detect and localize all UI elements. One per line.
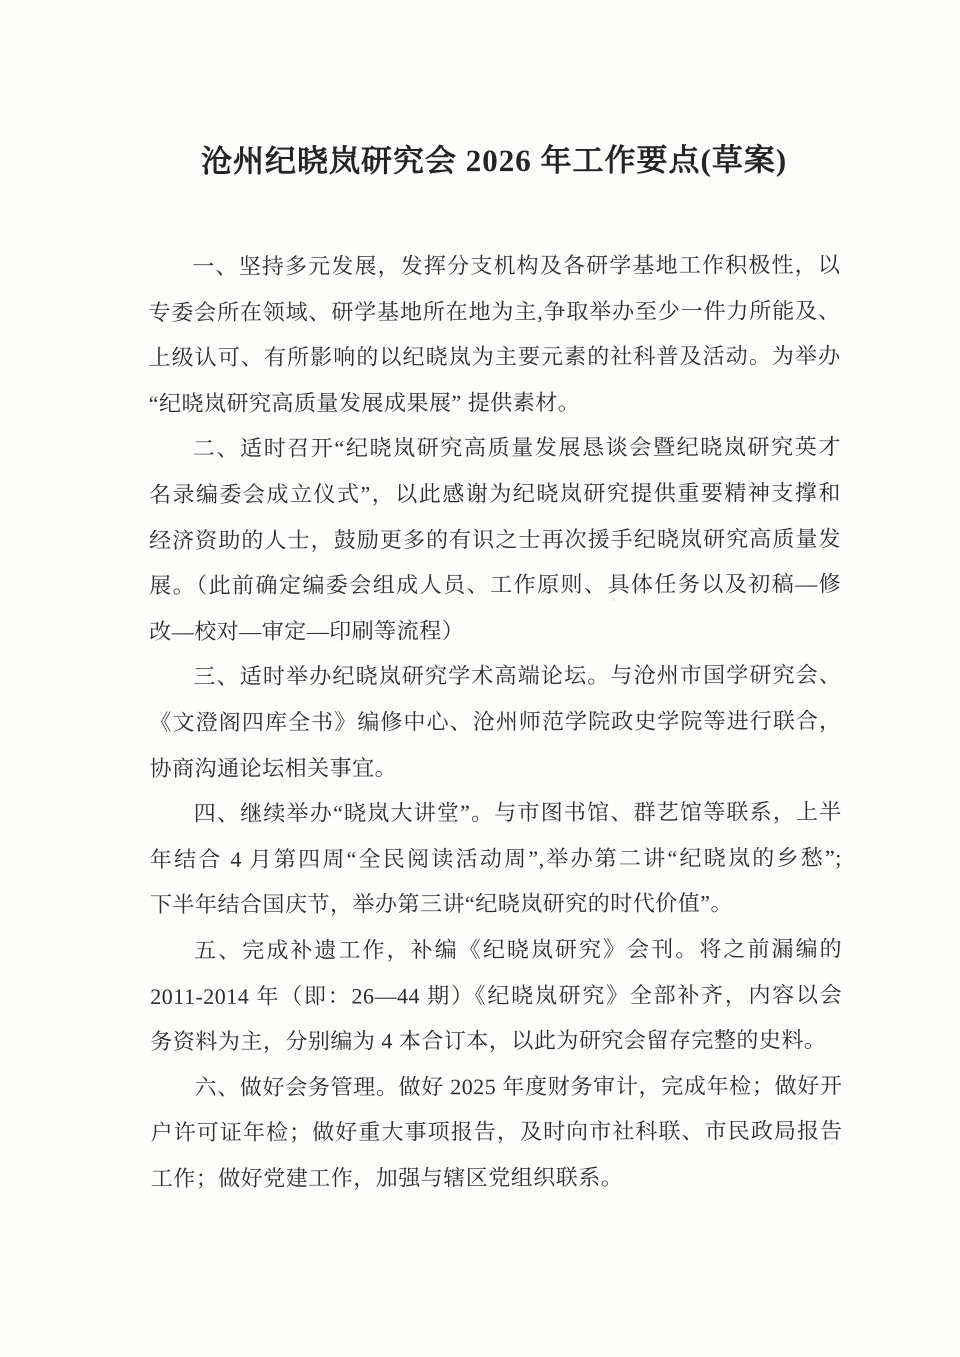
text-line: 2011-2014 年（即：26—44 期）《纪晓岚研究》全部补齐，内容以会 <box>150 972 842 1019</box>
text-line: 上级认可、有所影响的以纪晓岚为主要元素的社科普及活动。为举办 <box>149 333 841 380</box>
paragraph-2: 二、适时召开“纪晓岚研究高质量发展恳谈会暨纪晓岚研究英才名录编委会成立仪式”，以… <box>149 425 842 655</box>
text-line: 协商沟通论坛相关事宜。 <box>150 744 842 791</box>
paragraph-4: 四、继续举办“晓岚大讲堂”。与市图书馆、群艺馆等联系，上半年结合 4 月第四周“… <box>150 789 842 928</box>
document-content: 沧州纪晓岚研究会 2026 年工作要点(草案) 一、坚持多元发展，发挥分支机构及… <box>148 136 843 1201</box>
document-body: 一、坚持多元发展，发挥分支机构及各研学基地工作积极性，以专委会所在领域、研学基地… <box>148 242 843 1201</box>
text-line: “纪晓岚研究高质量发展成果展” 提供素材。 <box>149 379 841 426</box>
paragraph-3: 三、适时举办纪晓岚研究学术高端论坛。与沧州市国学研究会、《文澄阁四库全书》编修中… <box>149 653 841 792</box>
text-line: 经济资助的人士，鼓励更多的有识之士再次援手纪晓岚研究高质量发 <box>149 516 841 563</box>
text-line: 五、完成补遗工作，补编《纪晓岚研究》会刊。将之前漏编的 <box>150 926 842 973</box>
paragraph-6: 六、做好会务管理。做好 2025 年度财务审计，完成年检；做好开户许可证年检；做… <box>150 1063 842 1202</box>
document-title: 沧州纪晓岚研究会 2026 年工作要点(草案) <box>148 136 840 186</box>
text-line: 下半年结合国庆节，举办第三讲“纪晓岚研究的时代价值”。 <box>150 880 842 927</box>
text-line: 名录编委会成立仪式”，以此感谢为纪晓岚研究提供重要精神支撑和 <box>149 470 841 517</box>
text-line: 务资料为主，分别编为 4 本合订本，以此为研究会留存完整的史料。 <box>150 1017 842 1064</box>
text-line: 二、适时召开“纪晓岚研究高质量发展恳谈会暨纪晓岚研究英才 <box>149 425 841 472</box>
text-line: 专委会所在领域、研学基地所在地为主,争取举办至少一件力所能及、 <box>148 288 840 335</box>
scan-speck <box>612 598 615 601</box>
scanned-document-page: 沧州纪晓岚研究会 2026 年工作要点(草案) 一、坚持多元发展，发挥分支机构及… <box>0 0 960 1357</box>
text-line: 改—校对—审定—印刷等流程） <box>149 607 841 654</box>
text-line: 一、坚持多元发展，发挥分支机构及各研学基地工作积极性，以 <box>148 242 840 289</box>
text-line: 工作；做好党建工作，加强与辖区党组织联系。 <box>151 1154 843 1201</box>
text-line: 《文澄阁四库全书》编修中心、沧州师范学院政史学院等进行联合， <box>149 698 841 745</box>
text-line: 六、做好会务管理。做好 2025 年度财务审计，完成年检；做好开 <box>150 1063 842 1110</box>
paragraph-1: 一、坚持多元发展，发挥分支机构及各研学基地工作积极性，以专委会所在领域、研学基地… <box>148 242 840 426</box>
text-line: 展。（此前确定编委会组成人员、工作原则、具体任务以及初稿—修 <box>149 561 841 608</box>
paragraph-5: 五、完成补遗工作，补编《纪晓岚研究》会刊。将之前漏编的2011-2014 年（即… <box>150 926 842 1065</box>
text-line: 四、继续举办“晓岚大讲堂”。与市图书馆、群艺馆等联系，上半 <box>150 789 842 836</box>
text-line: 户许可证年检；做好重大事项报告，及时向市社科联、市民政局报告 <box>151 1108 843 1155</box>
text-line: 年结合 4 月第四周“全民阅读活动周”,举办第二讲“纪晓岚的乡愁”; <box>150 835 842 882</box>
scan-speck <box>830 1142 834 1145</box>
text-line: 三、适时举办纪晓岚研究学术高端论坛。与沧州市国学研究会、 <box>149 653 841 700</box>
